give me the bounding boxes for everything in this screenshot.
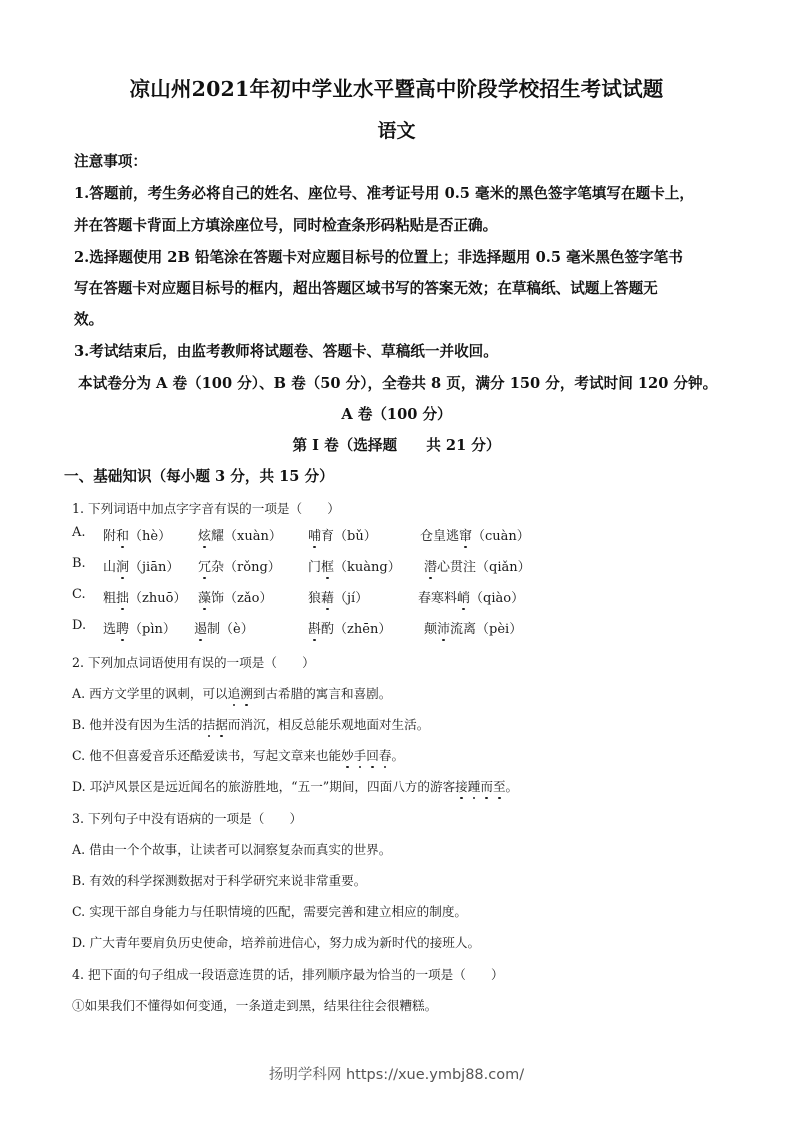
option-line: C. 他不但喜爱音乐还酷爱读书，写起文章来也能妙手回春。 bbox=[72, 745, 404, 764]
part-one-heading: 第 I 卷（选择题 共 21 分） bbox=[0, 434, 793, 455]
option-text: 到古希腊的寓言和喜剧。 bbox=[253, 686, 392, 701]
option-word: 炫耀（xuàn） bbox=[198, 525, 282, 544]
option-label: D. bbox=[72, 935, 90, 950]
option-label: B. bbox=[72, 873, 89, 888]
word-text: 育 bbox=[321, 529, 334, 544]
pinyin: （zhuō） bbox=[129, 591, 186, 606]
dotted-character: 框 bbox=[321, 556, 334, 575]
pinyin: （cuàn） bbox=[472, 529, 530, 544]
option-word: 潜心贯注（qiǎn） bbox=[424, 556, 531, 575]
pinyin: （kuàng） bbox=[334, 560, 401, 575]
option-line: B. 他并没有因为生活的拮据而消沉，相反总能乐观地面对生活。 bbox=[72, 714, 429, 733]
word-text: 仓皇逃 bbox=[420, 529, 459, 544]
notice-heading: 注意事项： bbox=[74, 150, 147, 171]
option-text: 。 bbox=[506, 779, 519, 794]
dotted-phrase: 妙手回春 bbox=[341, 748, 391, 763]
option-word: 春寒料峭（qiào） bbox=[418, 587, 524, 606]
question-4-stem: 4. 把下面的句子组成一段语意连贯的话，排列顺序最为恰当的一项是（ ） bbox=[72, 964, 504, 983]
option-word: 附和（hè） bbox=[103, 525, 171, 544]
option-text: 借由一个个故事，让读者可以洞察复杂而真实的世界。 bbox=[89, 842, 391, 857]
dotted-character: 斟 bbox=[308, 618, 321, 637]
word-text: 耀 bbox=[211, 529, 224, 544]
notice-line: 写在答题卡对应题目标号的框内，超出答题区域书写的答案无效；在草稿纸、试题上答题无 bbox=[74, 277, 658, 298]
dotted-phrase: 追溯 bbox=[228, 686, 253, 701]
notice-line: 并在答题卡背面上方填涂座位号，同时检查条形码粘贴是否正确。 bbox=[74, 214, 497, 235]
option-label: C. bbox=[72, 587, 86, 602]
question-3-stem: 3. 下列句子中没有语病的一项是（ ） bbox=[72, 808, 302, 827]
dotted-character: 遏 bbox=[194, 618, 207, 637]
section-one-heading: 一、基础知识（每小题 3 分，共 15 分） bbox=[64, 465, 334, 486]
dotted-character: 冗 bbox=[198, 556, 211, 575]
question-1-stem: 1. 下列词语中加点字字音有误的一项是（ ） bbox=[72, 498, 340, 517]
footer-watermark: 扬明学科网 https://xue.ymbj88.com/ bbox=[0, 1063, 793, 1084]
dotted-character: 至 bbox=[493, 776, 506, 795]
option-word: 冗杂（rǒng） bbox=[198, 556, 281, 575]
pinyin: （bǔ） bbox=[334, 529, 377, 544]
dotted-character: 溯 bbox=[240, 683, 253, 702]
pinyin: （hè） bbox=[129, 529, 171, 544]
dotted-phrase: 拮据 bbox=[203, 717, 228, 732]
dotted-character: 和 bbox=[116, 525, 129, 544]
dotted-character: 据 bbox=[215, 714, 228, 733]
word-text: 附 bbox=[103, 529, 116, 544]
pinyin: （è） bbox=[220, 622, 254, 637]
dotted-character: 潜 bbox=[424, 556, 437, 575]
option-word: 仓皇逃窜（cuàn） bbox=[420, 525, 530, 544]
word-text: 流离 bbox=[450, 622, 476, 637]
option-label: B. bbox=[72, 717, 89, 732]
notice-line: 2.选择题使用 2B 铅笔涂在答题卡对应题目标号的位置上；非选择题用 0.5 毫… bbox=[74, 246, 683, 267]
word-text: 山 bbox=[103, 560, 116, 575]
notice-line: 效。 bbox=[74, 308, 103, 329]
dotted-character: 峭 bbox=[457, 587, 470, 606]
exam-info: 本试卷分为 A 卷（100 分）、B 卷（50 分），全卷共 8 页，满分 15… bbox=[78, 372, 717, 393]
option-word: 选聘（pìn） bbox=[103, 618, 176, 637]
dotted-character: 踵 bbox=[468, 776, 481, 795]
dotted-character: 聘 bbox=[116, 618, 129, 637]
option-text: 广大青年要肩负历史使命，培养前进信心，努力成为新时代的接班人。 bbox=[90, 935, 480, 950]
option-line: D. 广大青年要肩负历史使命，培养前进信心，努力成为新时代的接班人。 bbox=[72, 932, 480, 951]
option-label: C. bbox=[72, 748, 89, 763]
pinyin: （pìn） bbox=[129, 622, 176, 637]
dotted-character: 而 bbox=[480, 776, 493, 795]
dotted-character: 拙 bbox=[116, 587, 129, 606]
dotted-phrase: 接踵而至 bbox=[455, 779, 505, 794]
option-label: D. bbox=[72, 779, 90, 794]
dotted-character: 妙 bbox=[341, 745, 354, 764]
word-text: 门 bbox=[308, 560, 321, 575]
option-word: 门框（kuàng） bbox=[308, 556, 401, 575]
option-line: A. 西方文学里的讽刺，可以追溯到古希腊的寓言和喜剧。 bbox=[72, 683, 391, 702]
word-text: 制 bbox=[207, 622, 220, 637]
dotted-character: 藉 bbox=[321, 587, 334, 606]
word-text: 春寒料 bbox=[418, 591, 457, 606]
notice-line: 1.答题前，考生务必将自己的姓名、座位号、准考证号用 0.5 毫米的黑色签字笔填… bbox=[74, 182, 694, 203]
option-line: B. 有效的科学探测数据对于科学研究来说非常重要。 bbox=[72, 870, 366, 889]
pinyin: （qiào） bbox=[470, 591, 524, 606]
option-word: 藻饰（zǎo） bbox=[198, 587, 272, 606]
pinyin: （jiān） bbox=[129, 560, 179, 575]
pinyin: （jí） bbox=[334, 591, 368, 606]
exam-title: 凉山州2021年初中学业水平暨高中阶段学校招生考试试题 bbox=[0, 72, 793, 102]
subject-title: 语文 bbox=[0, 116, 793, 143]
question-4-sentence: ①如果我们不懂得如何变通，一条道走到黑，结果往往会很糟糕。 bbox=[72, 995, 437, 1014]
option-text: 实现干部自身能力与任职情境的匹配，需要完善和建立相应的制度。 bbox=[89, 904, 467, 919]
dotted-character: 接 bbox=[455, 776, 468, 795]
word-text: 杂 bbox=[211, 560, 224, 575]
option-label: A. bbox=[72, 842, 89, 857]
pinyin: （pèi） bbox=[476, 622, 522, 637]
pinyin: （zǎo） bbox=[224, 591, 272, 606]
option-label: D. bbox=[72, 618, 86, 633]
word-text: 酌 bbox=[321, 622, 334, 637]
option-text: 邛泸风景区是远近闻名的旅游胜地，“五一”期间，四面八方的游客 bbox=[90, 779, 456, 794]
dotted-character: 回 bbox=[366, 745, 379, 764]
pinyin: （rǒng） bbox=[224, 560, 281, 575]
option-label: A. bbox=[72, 525, 86, 540]
pinyin: （zhēn） bbox=[334, 622, 391, 637]
option-label: B. bbox=[72, 556, 86, 571]
dotted-character: 藻 bbox=[198, 587, 211, 606]
word-text: 选 bbox=[103, 622, 116, 637]
option-text: 西方文学里的讽刺，可以 bbox=[89, 686, 228, 701]
option-text: 他并没有因为生活的 bbox=[89, 717, 202, 732]
pinyin: （xuàn） bbox=[224, 529, 282, 544]
option-word: 斟酌（zhēn） bbox=[308, 618, 391, 637]
option-line: C. 实现干部自身能力与任职情境的匹配，需要完善和建立相应的制度。 bbox=[72, 901, 467, 920]
dotted-character: 涧 bbox=[116, 556, 129, 575]
option-text: 而消沉，相反总能乐观地面对生活。 bbox=[228, 717, 430, 732]
dotted-character: 哺 bbox=[308, 525, 321, 544]
option-line: D. 邛泸风景区是远近闻名的旅游胜地，“五一”期间，四面八方的游客接踵而至。 bbox=[72, 776, 518, 795]
dotted-character: 手 bbox=[354, 745, 367, 764]
word-text: 心贯注 bbox=[437, 560, 476, 575]
option-text: 有效的科学探测数据对于科学研究来说非常重要。 bbox=[89, 873, 366, 888]
dotted-character: 沛 bbox=[437, 618, 450, 637]
option-word: 山涧（jiān） bbox=[103, 556, 179, 575]
volume-a-heading: A 卷（100 分） bbox=[0, 403, 793, 424]
option-word: 遏制（è） bbox=[194, 618, 254, 637]
option-label: C. bbox=[72, 904, 89, 919]
word-text: 粗 bbox=[103, 591, 116, 606]
option-word: 粗拙（zhuō） bbox=[103, 587, 186, 606]
option-word: 狼藉（jí） bbox=[308, 587, 368, 606]
notice-line: 3.考试结束后，由监考教师将试题卷、答题卡、草稿纸一并收回。 bbox=[74, 340, 498, 361]
option-label: A. bbox=[72, 686, 89, 701]
option-word: 哺育（bǔ） bbox=[308, 525, 377, 544]
option-word: 颠沛流离（pèi） bbox=[424, 618, 522, 637]
word-text: 狼 bbox=[308, 591, 321, 606]
question-2-stem: 2. 下列加点词语使用有误的一项是（ ） bbox=[72, 652, 315, 671]
dotted-character: 窜 bbox=[459, 525, 472, 544]
dotted-character: 拮 bbox=[203, 714, 216, 733]
dotted-character: 炫 bbox=[198, 525, 211, 544]
dotted-character: 追 bbox=[228, 683, 241, 702]
option-line: A. 借由一个个故事，让读者可以洞察复杂而真实的世界。 bbox=[72, 839, 391, 858]
option-text: 。 bbox=[391, 748, 404, 763]
word-text: 颠 bbox=[424, 622, 437, 637]
dotted-character: 春 bbox=[379, 745, 392, 764]
pinyin: （qiǎn） bbox=[476, 560, 531, 575]
word-text: 饰 bbox=[211, 591, 224, 606]
option-text: 他不但喜爱音乐还酷爱读书，写起文章来也能 bbox=[89, 748, 341, 763]
